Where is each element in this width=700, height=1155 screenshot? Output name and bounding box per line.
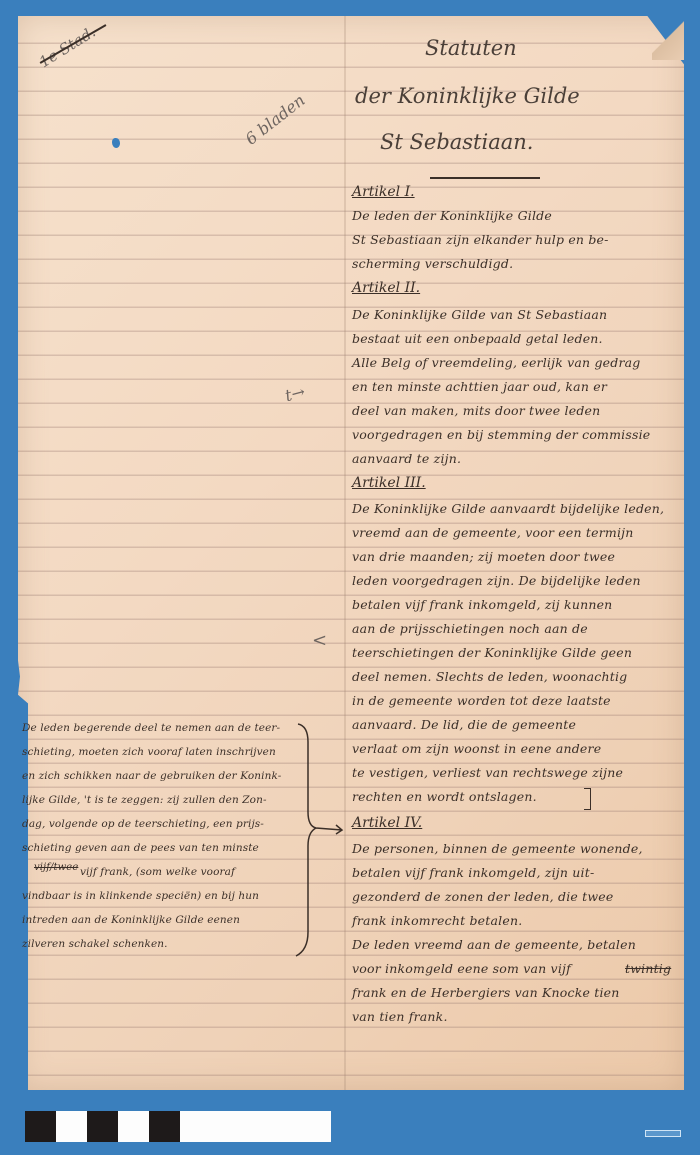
scale-marker	[645, 1130, 681, 1137]
article-4-line: frank inkomrecht betalen.	[352, 913, 522, 928]
margin-note-line: schieting geven aan de pees van ten mins…	[22, 842, 259, 854]
article-3-line: teerschietingen der Koninklijke Gilde ge…	[352, 645, 632, 660]
margin-mark-caret: <	[312, 630, 327, 651]
title-line-3: St Sebastiaan.	[380, 130, 533, 154]
patch-black	[87, 1111, 118, 1142]
article-3-line: rechten en wordt ontslagen.	[352, 789, 537, 804]
patch-white	[56, 1111, 87, 1142]
margin-note-line: vijf frank, (som welke vooraf	[80, 866, 235, 878]
title-rule	[430, 177, 540, 179]
article-4-line: gezonderd de zonen der leden, die twee	[352, 889, 614, 904]
margin-note-line: schieting, moeten zich vooraf laten insc…	[22, 746, 276, 758]
patch-white	[118, 1111, 149, 1142]
article-3-line: van drie maanden; zij moeten door twee	[352, 549, 615, 564]
article-4-line: voor inkomgeld eene som van vijf	[352, 961, 571, 976]
article-3-line: verlaat om zijn woonst in eene andere	[352, 741, 601, 756]
title-line-1: Statuten	[425, 36, 517, 60]
article-1-line: scherming verschuldigd.	[352, 256, 513, 271]
article-2-line: en ten minste achttien jaar oud, kan er	[352, 379, 607, 394]
article-3-heading: Artikel III.	[352, 475, 426, 491]
patch-black	[25, 1111, 56, 1142]
article-3-line: aan de prijsschietingen noch aan de	[352, 621, 588, 636]
margin-note-line: intreden aan de Koninklijke Gilde eenen	[22, 914, 240, 926]
article-1-line: De leden der Koninklijke Gilde	[352, 208, 552, 223]
article-2-line: voorgedragen en bij stemming der commiss…	[352, 427, 650, 442]
closing-bracket	[584, 788, 591, 810]
article-3-line: deel nemen. Slechts de leden, woonachtig	[352, 669, 627, 684]
article-2-line: De Koninklijke Gilde van St Sebastiaan	[352, 307, 607, 322]
article-3-line: te vestigen, verliest van rechtswege zij…	[352, 765, 623, 780]
margin-note-line: lijke Gilde, 't is te zeggen: zij zullen…	[22, 794, 267, 806]
folded-corner	[652, 16, 684, 60]
article-4-line: De personen, binnen de gemeente wonende,	[352, 841, 643, 856]
article-1-line: St Sebastiaan zijn elkander hulp en be-	[352, 232, 609, 247]
article-3-line: aanvaard. De lid, die de gemeente	[352, 717, 576, 732]
article-4-struck-word: twintig	[625, 961, 671, 976]
article-4-line: betalen vijf frank inkomgeld, zijn uit-	[352, 865, 594, 880]
insertion-brace-icon	[294, 722, 344, 958]
article-2-line: Alle Belg of vreemdeling, eerlijk van ge…	[352, 355, 641, 370]
article-4-line: van tien frank.	[352, 1009, 448, 1024]
margin-note-line: zilveren schakel schenken.	[22, 938, 168, 950]
title-line-2: der Koninklijke Gilde	[355, 84, 580, 108]
patch-black	[149, 1111, 180, 1142]
article-3-line: in de gemeente worden tot deze laatste	[352, 693, 611, 708]
margin-note-line: vindbaar is in klinkende speciën) en bij…	[22, 890, 259, 902]
margin-note-line: en zich schikken naar de gebruiken der K…	[22, 770, 281, 782]
margin-note-insert: vijf/twee	[34, 862, 78, 873]
article-2-line: bestaat uit een onbepaald getal leden.	[352, 331, 603, 346]
article-4-line: De leden vreemd aan de gemeente, betalen	[352, 937, 636, 952]
article-4-heading: Artikel IV.	[352, 815, 422, 831]
patch-white-wide	[180, 1111, 331, 1142]
article-2-heading: Artikel II.	[352, 280, 420, 296]
margin-note-line: De leden begerende deel te nemen aan de …	[22, 722, 280, 734]
margin-note-line: dag, volgende op de teerschieting, een p…	[22, 818, 264, 830]
article-4-line: frank en de Herbergiers van Knocke tien	[352, 985, 620, 1000]
article-1-heading: Artikel I.	[352, 184, 415, 200]
article-3-line: De Koninklijke Gilde aanvaardt bijdelijk…	[352, 501, 664, 516]
page-fold	[344, 16, 346, 1090]
scan-color-target	[25, 1111, 331, 1142]
article-2-line: deel van maken, mits door twee leden	[352, 403, 600, 418]
article-3-line: leden voorgedragen zijn. De bijdelijke l…	[352, 573, 641, 588]
article-3-line: betalen vijf frank inkomgeld, zij kunnen	[352, 597, 612, 612]
article-2-line: aanvaard te zijn.	[352, 451, 461, 466]
paper-hole	[112, 138, 120, 148]
article-3-line: vreemd aan de gemeente, voor een termijn	[352, 525, 633, 540]
